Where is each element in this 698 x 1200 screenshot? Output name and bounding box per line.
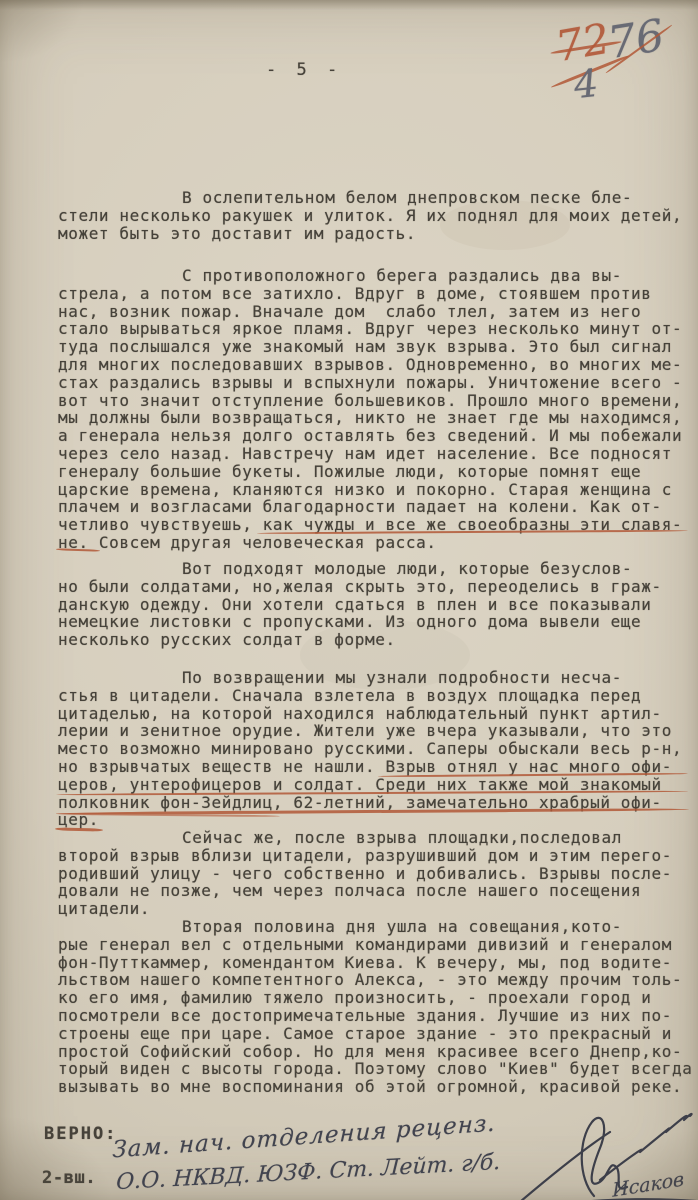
document-page: - 5 - 72 4 76 В ослепительном белом днеп…	[0, 0, 698, 1200]
signature-flourish	[0, 0, 698, 1200]
